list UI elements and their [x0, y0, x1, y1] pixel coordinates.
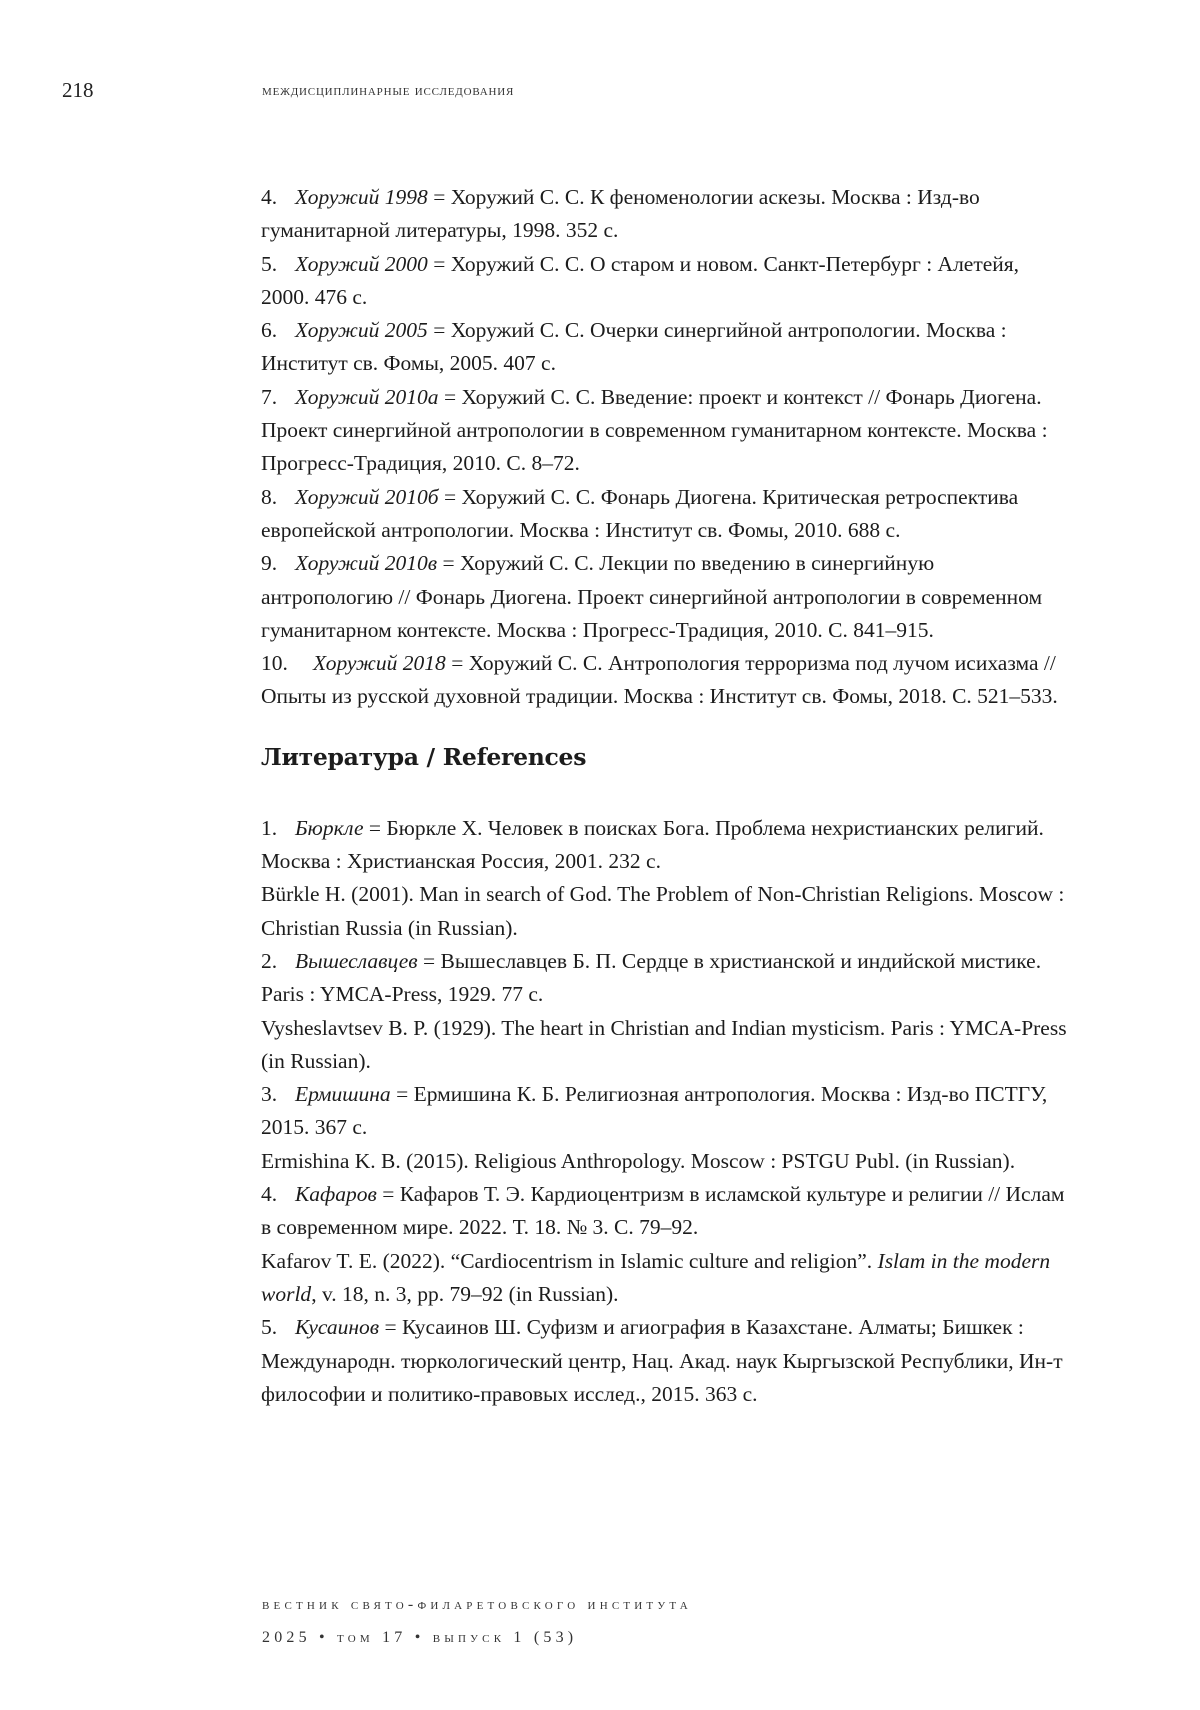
entry-text: = Кафаров Т. Э. Кардиоцентризм в исламск…	[261, 1182, 1064, 1239]
references-list: 1.Бюркле = Бюркле Х. Человек в поисках Б…	[261, 812, 1071, 1411]
references-heading: Литература / References	[261, 740, 1071, 774]
page-number: 218	[62, 78, 94, 103]
sources-list: 4.Хоружий 1998 = Хоружий С. С. К феномен…	[261, 181, 1071, 714]
entry-key: Ермишина	[295, 1082, 391, 1106]
entry-key: Хоружий 2010а	[295, 385, 439, 409]
entry-key: Хоружий 1998	[295, 185, 428, 209]
entry-key: Хоружий 2018	[313, 651, 446, 675]
transliteration-text: Bürkle H. (2001). Man in search of God. …	[261, 882, 1064, 939]
bibliography-entry: 8.Хоружий 2010б = Хоружий С. С. Фонарь Д…	[261, 481, 1071, 548]
bibliography-entry: 4.Хоружий 1998 = Хоружий С. С. К феномен…	[261, 181, 1071, 248]
bibliography-entry: 7.Хоружий 2010а = Хоружий С. С. Введение…	[261, 381, 1071, 481]
bibliography-entry: 5.Хоружий 2000 = Хоружий С. С. О старом …	[261, 248, 1071, 315]
entry-number: 4.	[261, 181, 295, 214]
entry-key: Хоружий 2010б	[295, 485, 439, 509]
bibliography-entry: 9.Хоружий 2010в = Хоружий С. С. Лекции п…	[261, 547, 1071, 647]
entry-key: Хоружий 2000	[295, 252, 428, 276]
bibliography-entry: 4.Кафаров = Кафаров Т. Э. Кардиоцентризм…	[261, 1178, 1071, 1245]
page-content: 4.Хоружий 1998 = Хоружий С. С. К феномен…	[261, 181, 1071, 1411]
entry-number: 6.	[261, 314, 295, 347]
bibliography-entry: 2.Вышеславцев = Вышеславцев Б. П. Сердце…	[261, 945, 1071, 1012]
entry-text: = Бюркле Х. Человек в поисках Бога. Проб…	[261, 816, 1044, 873]
transliteration-text: Ermishina K. B. (2015). Religious Anthro…	[261, 1149, 1015, 1173]
entry-number: 9.	[261, 547, 295, 580]
entry-transliteration: Kafarov T. E. (2022). “Cardiocentrism in…	[261, 1245, 1071, 1312]
transliteration-text: Kafarov T. E. (2022). “Cardiocentrism in…	[261, 1249, 878, 1273]
journal-title: ВЕСТНИК СВЯТО-ФИЛАРЕТОВСКОГО ИНСТИТУТА	[262, 1588, 692, 1621]
bibliography-entry: 6.Хоружий 2005 = Хоружий С. С. Очерки си…	[261, 314, 1071, 381]
entry-number: 8.	[261, 481, 295, 514]
entry-transliteration: Bürkle H. (2001). Man in search of God. …	[261, 878, 1071, 945]
journal-footer: ВЕСТНИК СВЯТО-ФИЛАРЕТОВСКОГО ИНСТИТУТА 2…	[262, 1588, 692, 1654]
entry-key: Хоружий 2005	[295, 318, 428, 342]
entry-number: 1.	[261, 812, 295, 845]
bibliography-entry: 5.Кусаинов = Кусаинов Ш. Суфизм и агиогр…	[261, 1311, 1071, 1411]
entry-number: 3.	[261, 1078, 295, 1111]
entry-number: 7.	[261, 381, 295, 414]
entry-key: Кафаров	[295, 1182, 377, 1206]
entry-text: = Кусаинов Ш. Суфизм и агиография в Каза…	[261, 1315, 1063, 1406]
entry-transliteration: Ermishina K. B. (2015). Religious Anthro…	[261, 1145, 1071, 1178]
entry-number: 4.	[261, 1178, 295, 1211]
entry-number: 2.	[261, 945, 295, 978]
journal-issue: 2025 • ТОМ 17 • ВЫПУСК 1 (53)	[262, 1621, 692, 1654]
bibliography-entry: 10.Хоружий 2018 = Хоружий С. С. Антропол…	[261, 647, 1071, 714]
bibliography-entry: 1.Бюркле = Бюркле Х. Человек в поисках Б…	[261, 812, 1071, 879]
entry-key: Бюркле	[295, 816, 364, 840]
entry-number: 10.	[261, 647, 313, 680]
entry-key: Вышеславцев	[295, 949, 418, 973]
bibliography-entry: 3.Ермишина = Ермишина К. Б. Религиозная …	[261, 1078, 1071, 1145]
transliteration-text: Vysheslavtsev B. P. (1929). The heart in…	[261, 1016, 1067, 1073]
entry-transliteration: Vysheslavtsev B. P. (1929). The heart in…	[261, 1012, 1071, 1079]
entry-number: 5.	[261, 1311, 295, 1344]
entry-key: Хоружий 2010в	[295, 551, 437, 575]
transliteration-tail: , v. 18, n. 3, pp. 79–92 (in Russian).	[311, 1282, 618, 1306]
entry-number: 5.	[261, 248, 295, 281]
running-head: МЕЖДИСЦИПЛИНАРНЫЕ ИССЛЕДОВАНИЯ	[262, 83, 514, 100]
entry-key: Кусаинов	[295, 1315, 379, 1339]
